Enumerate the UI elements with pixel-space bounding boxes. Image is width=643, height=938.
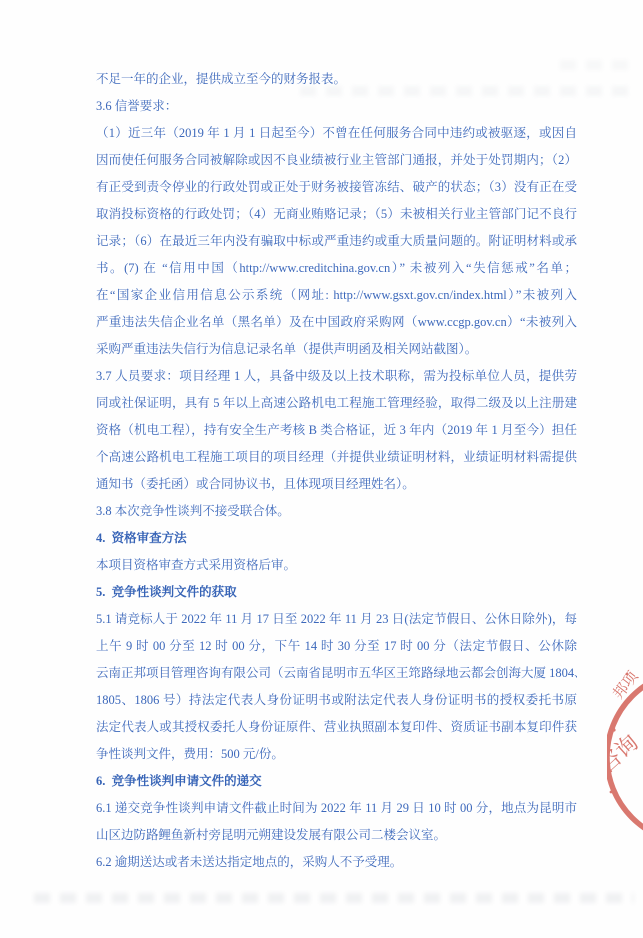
text-line: 取消投标资格的行政处罚；（4）无商业贿赂记录；（5）未被相关行业主管部门记不良行… [96,201,577,228]
section-heading-line: 4. 资格审查方法 [96,525,577,552]
text-line: 在“国家企业信用信息公示系统（网址: http://www.gsxt.gov.c… [96,282,577,309]
text-line: 因而使任何服务合同被解除或因不良业绩被行业主管部门通报，并处于处罚期内；（2）没 [96,147,577,174]
seal-lower-text: 咨询 [607,730,643,778]
seal-arc [607,671,643,832]
text-line: 资格（机电工程），持有安全生产考核 B 类合格证，近 3 年内（2019 年 1… [96,417,577,444]
seal-upper-text: 邦项 [610,668,642,703]
text-line: 个高速公路机电工程施工项目的项目经理（并提供业绩证明材料，业绩证明材料需提供中标 [96,444,577,471]
text-line: 6.2 逾期送达或者未送达指定地点的，采购人不予受理。 [96,849,577,876]
text-line: 通知书（委托函）或合同协议书，且体现项目经理姓名）。 [96,471,577,498]
text-line: 同或社保证明，具有 5 年以上高速公路机电工程施工管理经验，取得二级及以上注册建… [96,390,577,417]
text-line: （1）近三年（2019 年 1 月 1 日起至今）不曾在任何服务合同中违约或被驱… [96,120,577,147]
text-line: 6.1 递交竞争性谈判申请文件截止时间为 2022 年 11 月 29 日 10… [96,795,577,822]
text-line: 上午 9 时 00 分至 12 时 00 分，下午 14 时 30 分至 17 … [96,633,577,660]
section-heading-line: 6. 竞争性谈判申请文件的递交 [96,768,577,795]
text-line: 采购严重违法失信行为信息记录名单（提供声明函及相关网站截图）。 [96,336,577,363]
text-line: 记录；（6）在最近三年内没有骗取中标或严重违约或重大质量问题的。附证明材料或承诺 [96,228,577,255]
text-line: 有正受到责令停业的行政处罚或正处于财务被接管冻结、破产的状态；（3）没有正在受到 [96,174,577,201]
text-line: 3.8 本次竞争性谈判不接受联合体。 [96,498,577,525]
document-text-block: 不足一年的企业，提供成立至今的财务报表。3.6 信誉要求：（1）近三年（2019… [96,66,577,876]
text-line: 云南正邦项目管理咨询有限公司（云南省昆明市五华区王筇路绿地云都会创海大厦 180… [96,660,577,687]
scan-bleedthrough-artifact [34,893,634,903]
seal-speck [626,673,629,676]
seal-speck [612,728,615,731]
text-line: 山区边防路鲤鱼新村旁昆明元朔建设发展有限公司二楼会议室。 [96,822,577,849]
text-line: 1805、1806 号）持法定代表人身份证明书或附法定代表人身份证明书的授权委托… [96,687,577,714]
text-line: 3.7 人员要求：项目经理 1 人，具备中级及以上技术职称，需为投标单位人员，提… [96,363,577,390]
text-line: 本项目资格审查方式采用资格后审。 [96,552,577,579]
text-line: 严重违法失信企业名单（黑名单）及在中国政府采购网（www.ccgp.gov.cn… [96,309,577,336]
text-line: 法定代表人或其授权委托人身份证原件、营业执照副本复印件、资质证书副本复印件获取竞 [96,714,577,741]
partial-red-seal-stamp: 邦项 咨询 [607,652,643,832]
seal-speck [610,791,613,794]
text-line: 争性谈判文件，费用：500 元/份。 [96,741,577,768]
scanned-document-page: 不足一年的企业，提供成立至今的财务报表。3.6 信誉要求：（1）近三年（2019… [0,0,643,938]
text-line: 5.1 请竞标人于 2022 年 11 月 17 日至 2022 年 11 月 … [96,606,577,633]
section-heading-line: 5. 竞争性谈判文件的获取 [96,579,577,606]
text-line: 书。(7) 在 “信用中国（http://www.creditchina.gov… [96,255,577,282]
text-line: 不足一年的企业，提供成立至今的财务报表。 [96,66,577,93]
text-line: 3.6 信誉要求： [96,93,577,120]
